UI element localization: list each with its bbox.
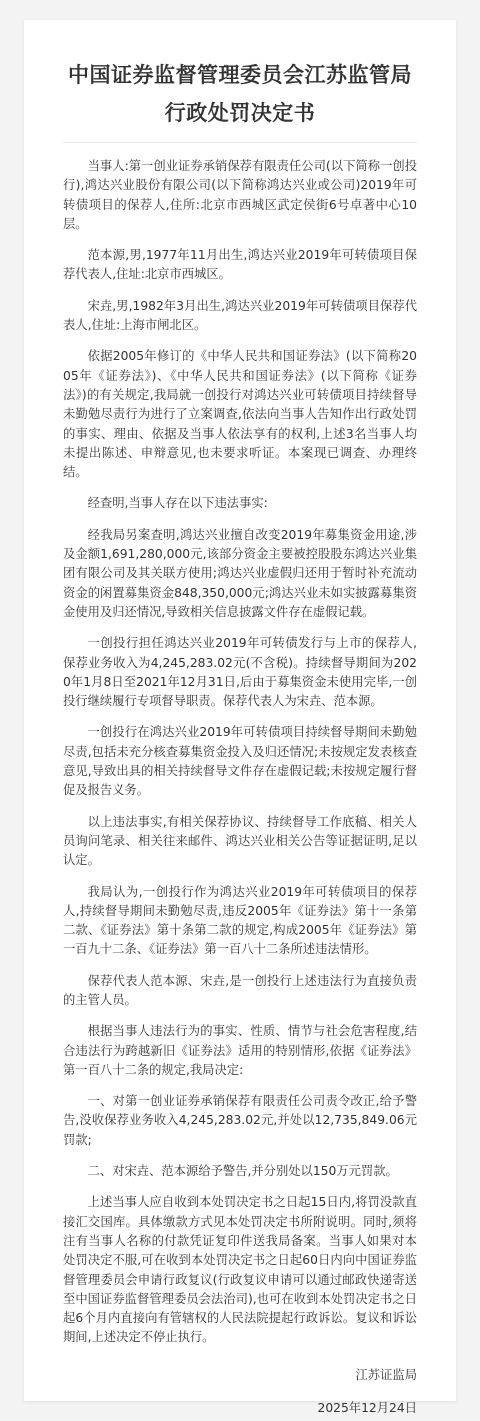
paragraph-legal-basis: 依据2005年修订的《中华人民共和国证券法》(以下简称2005年《证券法》)、《…	[63, 347, 417, 482]
paragraph-evidence: 以上违法事实,有相关保荐协议、持续督导工作底稿、相关人员询问笔录、相关往来邮件、…	[63, 813, 417, 871]
title-line-1: 中国证券监督管理委员会江苏监管局	[63, 56, 417, 94]
document-card: 中国证券监督管理委员会江苏监管局 行政处罚决定书 当事人:第一创业证券承销保荐有…	[24, 20, 456, 1401]
paragraph-decision-individuals: 二、对宋垚、范本源给予警告,并分别处以150万元罚款。	[63, 1162, 417, 1181]
signature-date: 2025年12月24日	[63, 1399, 417, 1418]
paragraph-decision-intro: 根据当事人违法行为的事实、性质、情节与社会危害程度,结合违法行为跨越新旧《证券法…	[63, 1022, 417, 1080]
paragraph-opinion: 我局认为,一创投行作为鸿达兴业2019年可转债项目的保荐人,持续督导期间未勤勉尽…	[63, 883, 417, 960]
signature-authority: 江苏证监局	[63, 1366, 417, 1385]
paragraph-responsible-persons: 保荐代表人范本源、宋垚,是一创投行上述违法行为直接负责的主管人员。	[63, 972, 417, 1011]
paragraph-findings-intro: 经查明,当事人存在以下违法事实:	[63, 494, 417, 513]
paragraph-party-song: 宋垚,男,1982年3月出生,鸿达兴业2019年可转债项目保荐代表人,住址:上海…	[63, 297, 417, 336]
document-body: 当事人:第一创业证券承销保荐有限责任公司(以下简称一创投行),鸿达兴业股份有限公…	[63, 143, 417, 1418]
document-title: 中国证券监督管理委员会江苏监管局 行政处罚决定书	[63, 56, 417, 132]
paragraph-finding-funds: 经我局另案查明,鸿达兴业擅自改变2019年募集资金用途,涉及金额1,691,28…	[63, 526, 417, 622]
title-line-2: 行政处罚决定书	[63, 94, 417, 132]
paragraph-finding-sponsor: 一创投行担任鸿达兴业2019年可转债发行与上市的保荐人,保荐业务收入为4,245…	[63, 634, 417, 711]
paragraph-decision-company: 一、对第一创业证券承销保荐有限责任公司责令改正,给予警告,没收保荐业务收入4,2…	[63, 1092, 417, 1150]
paragraph-payment-appeal: 上述当事人应自收到本处罚决定书之日起15日内,将罚没款直接汇交国库。具体缴款方式…	[63, 1193, 417, 1347]
paragraph-parties-company: 当事人:第一创业证券承销保荐有限责任公司(以下简称一创投行),鸿达兴业股份有限公…	[63, 157, 417, 234]
paragraph-finding-negligence: 一创投行在鸿达兴业2019年可转债项目持续督导期间未勤勉尽责,包括未充分核查募集…	[63, 723, 417, 800]
paragraph-party-fan: 范本源,男,1977年11月出生,鸿达兴业2019年可转债项目保荐代表人,住址:…	[63, 246, 417, 285]
